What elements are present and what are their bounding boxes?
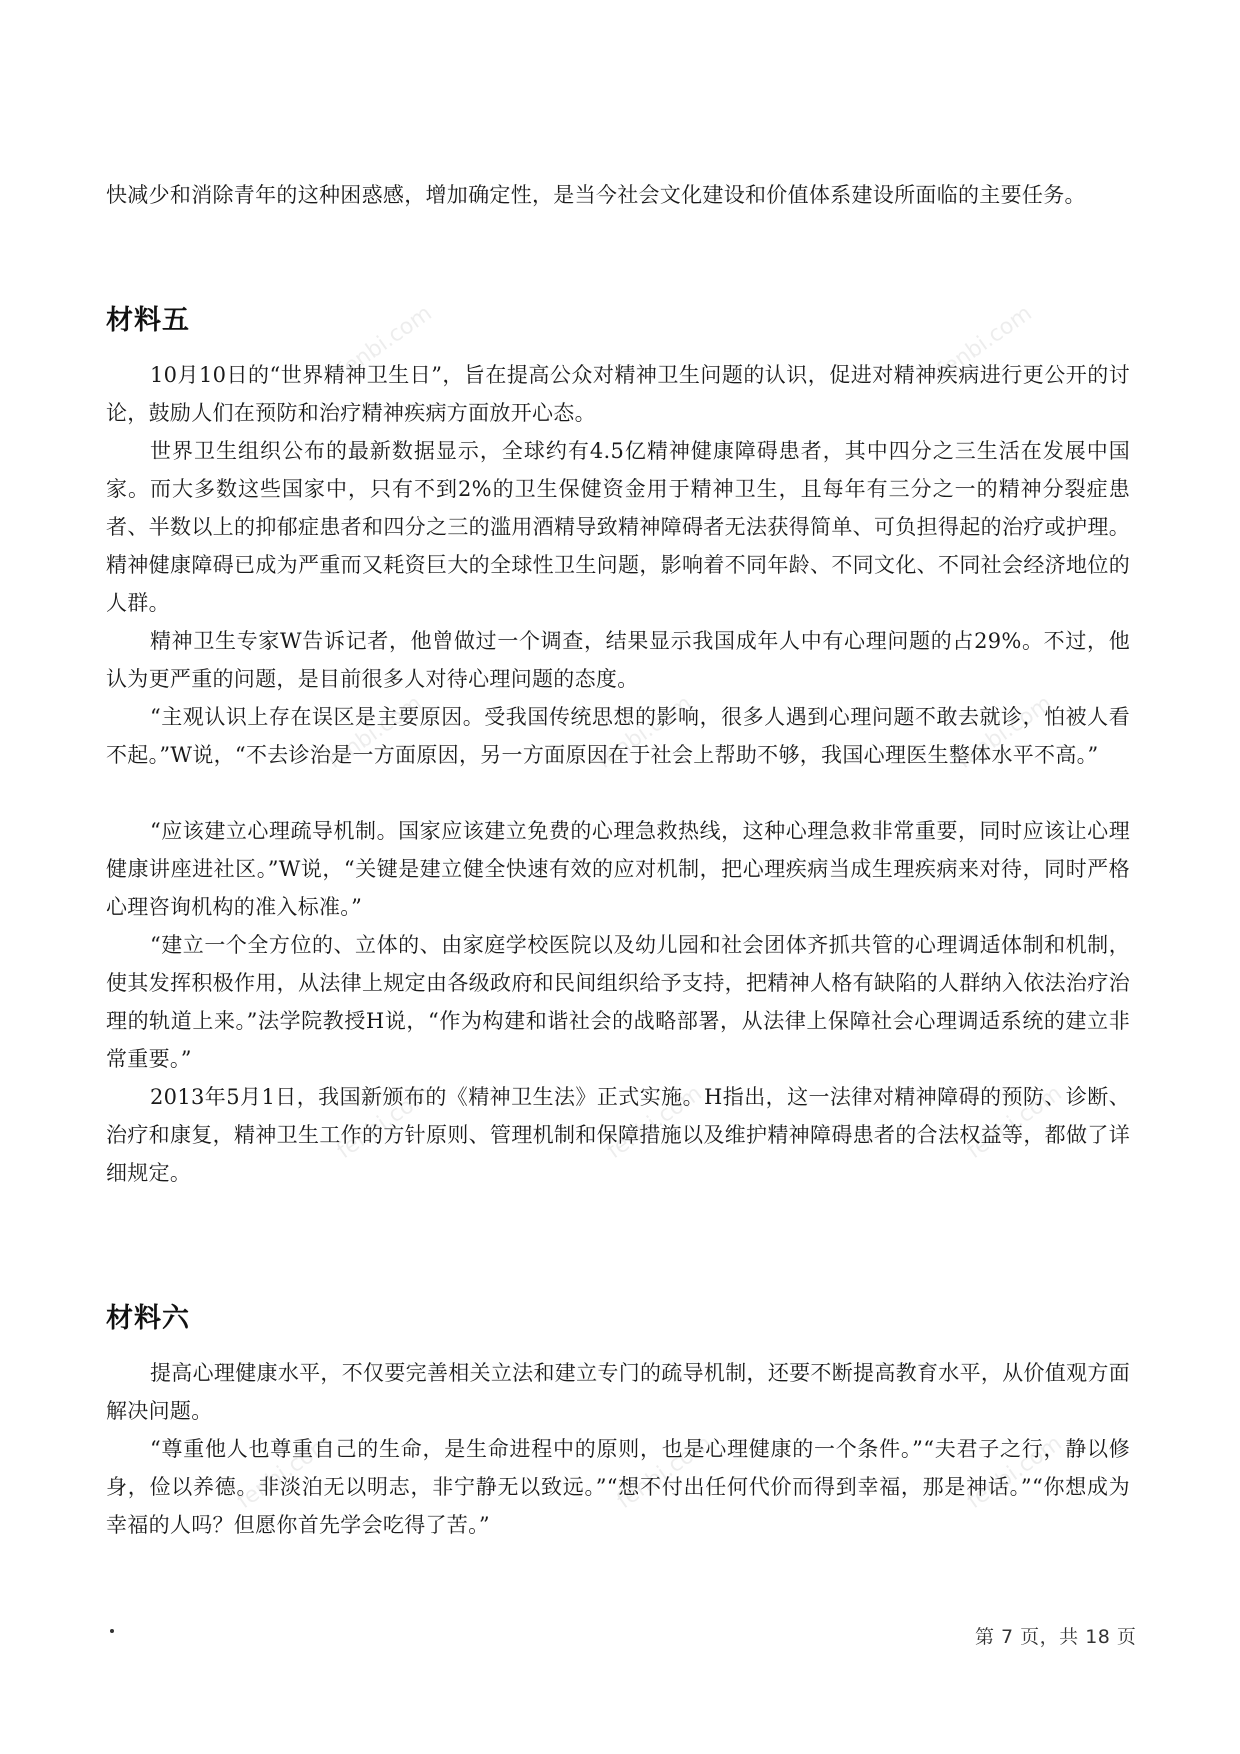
paragraph: 10月10日的“世界精神卫生日”，旨在提高公众对精神卫生问题的认识，促进对精神疾… bbox=[106, 356, 1130, 432]
paragraph: “尊重他人也尊重自己的生命，是生命进程中的原则，也是心理健康的一个条件。”“夫君… bbox=[106, 1430, 1130, 1544]
paragraph: “主观认识上存在误区是主要原因。受我国传统思想的影响，很多人遇到心理问题不敢去就… bbox=[106, 698, 1130, 774]
paragraph: 世界卫生组织公布的最新数据显示，全球约有4.5亿精神健康障碍患者，其中四分之三生… bbox=[106, 432, 1130, 622]
paragraph: “建立一个全方位的、立体的、由家庭学校医院以及幼儿园和社会团体齐抓共管的心理调适… bbox=[106, 926, 1130, 1078]
paragraph: “应该建立心理疏导机制。国家应该建立免费的心理急救热线，这种心理急救非常重要，同… bbox=[106, 812, 1130, 926]
paragraph: 提高心理健康水平，不仅要完善相关立法和建立专门的疏导机制，还要不断提高教育水平，… bbox=[106, 1354, 1130, 1430]
section-heading-material-6: 材料六 bbox=[106, 1296, 190, 1335]
page-number: 第 7 页，共 18 页 bbox=[975, 1622, 1136, 1649]
footer-bullet bbox=[110, 1629, 114, 1633]
section-heading-material-5: 材料五 bbox=[106, 298, 190, 337]
continuation-paragraph: 快减少和消除青年的这种困惑感，增加确定性，是当今社会文化建设和价值体系建设所面临… bbox=[106, 176, 1130, 214]
paragraph: 2013年5月1日，我国新颁布的《精神卫生法》正式实施。H指出，这一法律对精神障… bbox=[106, 1078, 1130, 1192]
paragraph: 精神卫生专家W告诉记者，他曾做过一个调查，结果显示我国成年人中有心理问题的占29… bbox=[106, 622, 1130, 698]
